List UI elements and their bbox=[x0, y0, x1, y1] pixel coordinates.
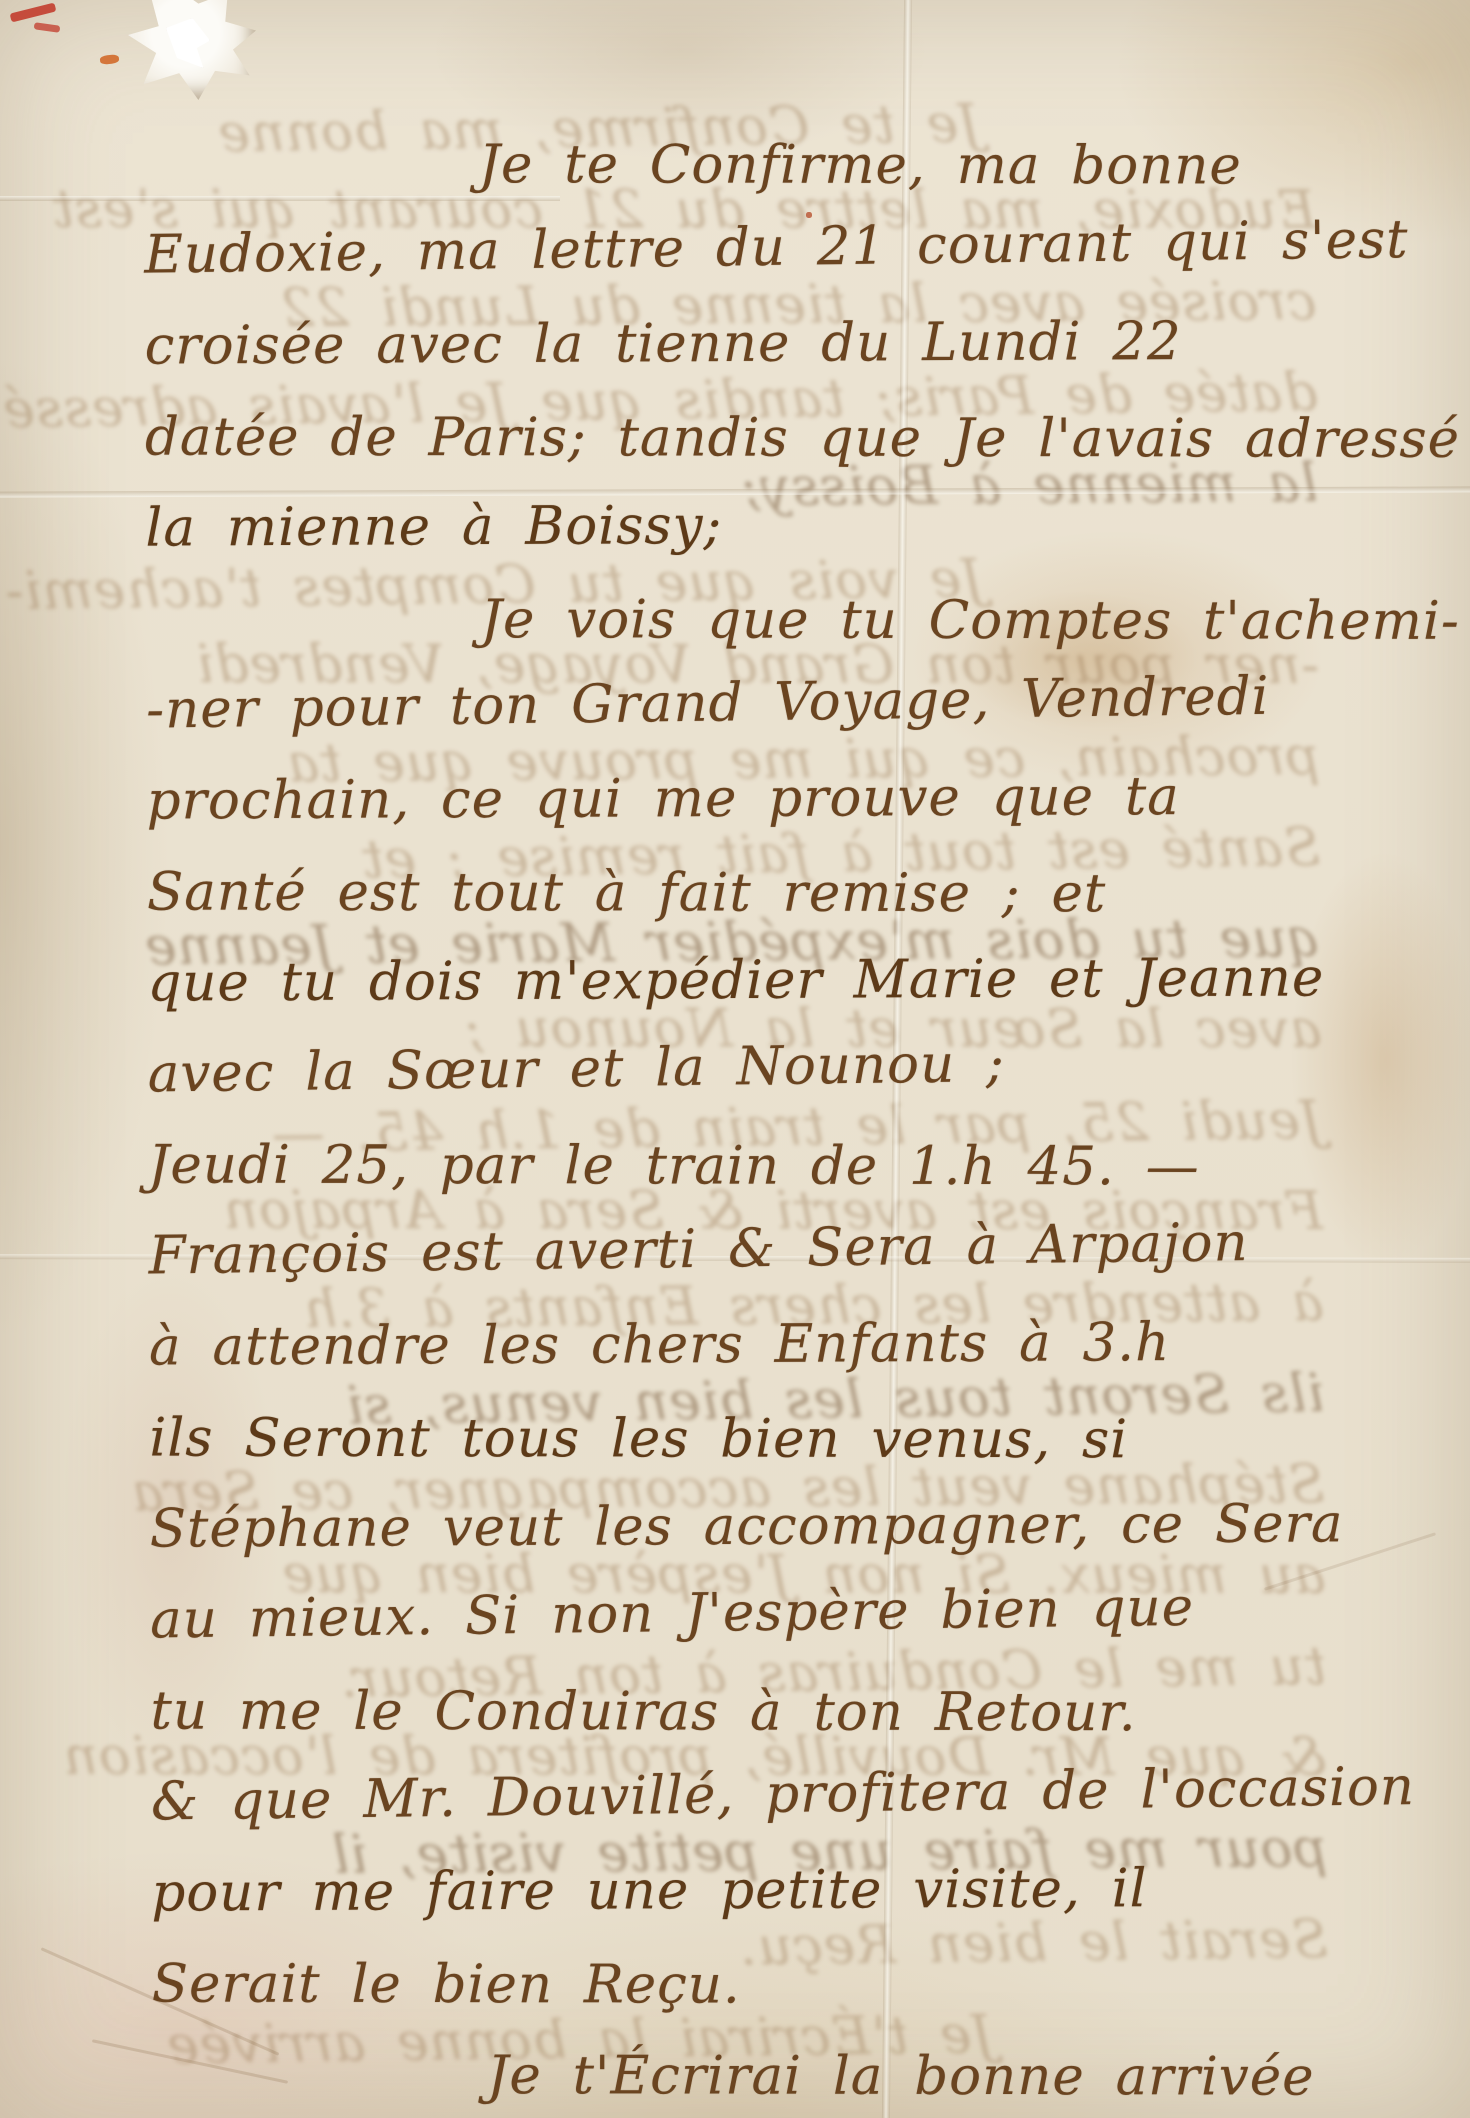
letter-line: au mieux. Si non J'espère bien que bbox=[150, 1558, 1470, 1665]
letter-paragraph: Je te Confirme, ma bonneEudoxie, ma lett… bbox=[144, 113, 1468, 574]
letter-line: ils Seront tous les bien venus, si bbox=[149, 1393, 1470, 1486]
letter-body: Je te Confirme, ma bonneEudoxie, ma lett… bbox=[0, 113, 1470, 2118]
letter-line: la mienne à Boissy; bbox=[145, 477, 1467, 574]
letter-paragraph: Je vois que tu Comptes t'achemi--ner pou… bbox=[146, 568, 1470, 2030]
letter-line: Eudoxie, ma lettre du 21 courant qui s'e… bbox=[144, 193, 1467, 300]
letter-line: croisée avec la tienne du Lundi 22 bbox=[144, 295, 1466, 392]
letter-line: Santé est tout à fait remise ; et bbox=[147, 847, 1469, 940]
letter-line: prochain, ce qui me prouve que ta bbox=[146, 750, 1468, 847]
letter-line: -ner pour ton Grand Voyage, Vendredi bbox=[146, 648, 1469, 755]
red-crayon-mark bbox=[10, 3, 57, 23]
ink-fleck bbox=[100, 54, 120, 65]
seal-facet bbox=[166, 18, 210, 68]
letter-line: datée de Paris; tandis que Je l'avais ad… bbox=[145, 392, 1467, 485]
red-crayon-mark bbox=[34, 22, 61, 33]
letter-line: & que Mr. Douvillé, profitera de l'occas… bbox=[150, 1740, 1470, 1847]
letter-line: Je t'Écrirai la bonne arrivée bbox=[152, 2030, 1470, 2118]
letter-line: pour me faire une petite visite, il bbox=[151, 1842, 1470, 1939]
letter-page: Je te Confirme, ma bonneEudoxie, ma lett… bbox=[0, 0, 1470, 2118]
letter-line: à attendre les chers Enfants à 3.h bbox=[149, 1296, 1470, 1393]
letter-paragraph: Je t'Écrirai la bonne arrivée bbox=[152, 2024, 1470, 2118]
letter-line: Serait le bien Reçu. bbox=[152, 1939, 1470, 2032]
letter-line: avec la Sœur et la Nounou ; bbox=[147, 1012, 1470, 1119]
letter-line: François est averti & Sera à Arpajon bbox=[148, 1194, 1470, 1301]
